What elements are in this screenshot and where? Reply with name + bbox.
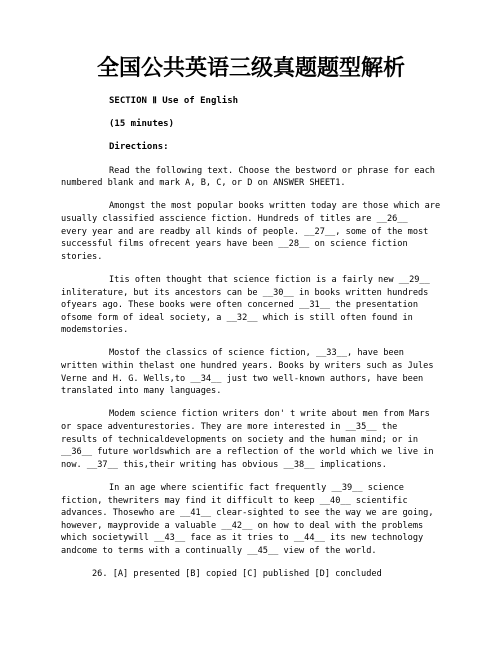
text-line: Itis often thought that science fiction … — [61, 274, 502, 287]
text-line: Amongst the most popular books written t… — [61, 200, 502, 213]
text-line: usually classified asscience fiction. Hu… — [61, 213, 502, 226]
directions-heading: Directions: — [109, 141, 502, 154]
question-line-26: 26. [A] presented [B] copied [C] publish… — [92, 568, 502, 581]
paragraph: Amongst the most popular books written t… — [61, 200, 502, 263]
text-line: which societywill __43__ face as it trie… — [61, 532, 502, 545]
text-line: or space adventurestories. They are more… — [61, 421, 502, 434]
text-line: advances. Thosewho are __41__ clear-sigh… — [61, 507, 502, 520]
text-line: modemstories. — [61, 324, 502, 337]
text-line: 26. [A] presented [B] copied [C] publish… — [92, 568, 502, 581]
paragraph: Modem science fiction writers don' t wri… — [61, 408, 502, 471]
text-line: every year and are readby all kinds of p… — [61, 226, 502, 239]
text-line: however, mayprovide a valuable __42__ on… — [61, 520, 502, 533]
text-line: Read the following text. Choose the best… — [61, 165, 502, 178]
text-line: now. __37__ this,their writing has obvio… — [61, 459, 502, 472]
text-line: translated into many languages. — [61, 385, 502, 398]
text-line: Verne and H. G. Wells,to __34__ just two… — [61, 373, 502, 386]
section-heading: SECTION Ⅱ Use of English — [109, 95, 502, 108]
paragraph: Mostof the classics of science fiction, … — [61, 347, 502, 397]
text-line: In an age where scientific fact frequent… — [61, 482, 502, 495]
paragraph: In an age where scientific fact frequent… — [61, 482, 502, 558]
text-line: ofyears ago. These books were often conc… — [61, 299, 502, 312]
document-page: 全国公共英语三级真题题型解析 SECTION Ⅱ Use of English … — [0, 0, 502, 649]
paragraph-directions: Read the following text. Choose the best… — [61, 165, 502, 190]
text-line: successful films ofrecent years have bee… — [61, 238, 502, 251]
text-line: fiction, thewriters may find it difficul… — [61, 495, 502, 508]
text-line: stories. — [61, 251, 502, 264]
paragraph: Itis often thought that science fiction … — [61, 274, 502, 337]
text-line: results of technicaldevelopments on soci… — [61, 434, 502, 447]
text-line: written within thelast one hundred years… — [61, 360, 502, 373]
document-title: 全国公共英语三级真题题型解析 — [0, 56, 502, 82]
text-line: andcome to terms with a continually __45… — [61, 545, 502, 558]
text-line: numbered blank and mark A, B, C, or D on… — [61, 177, 502, 190]
text-line: ofsome form of ideal society, a __32__ w… — [61, 312, 502, 325]
text-line: Modem science fiction writers don' t wri… — [61, 408, 502, 421]
text-line: Mostof the classics of science fiction, … — [61, 347, 502, 360]
text-line: __36__ future worldswhich are a reflecti… — [61, 446, 502, 459]
duration-heading: (15 minutes) — [109, 118, 502, 131]
text-line: inliterature, but its ancestors can be _… — [61, 287, 502, 300]
